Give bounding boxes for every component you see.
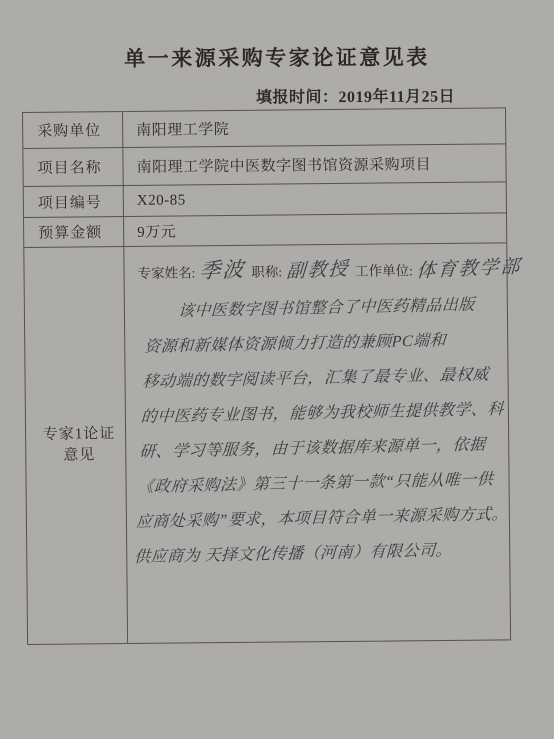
row-value-project-name: 南阳理工学院中医数字图书馆资源采购项目 xyxy=(123,144,505,185)
scanned-paper-background: 单一来源采购专家论证意见表 填报时间：2019年11月25日 采购单位 南阳理工… xyxy=(0,0,554,739)
row-label-project-number: 项目编号 xyxy=(24,186,124,217)
expert-opinion-handwritten-text: 该中医数字图书馆整合了中医药精品出版 资源和新媒体资源倾力打造的兼顾PC端和 移… xyxy=(133,287,519,575)
table-row-purchasing-unit: 采购单位 南阳理工学院 xyxy=(23,108,505,149)
expert-unit-handwritten: 体育教学部 xyxy=(416,251,523,283)
expert-unit-label: 工作单位: xyxy=(355,263,413,279)
row-value-budget-amount: 9万元 xyxy=(124,213,506,246)
procurement-form-table: 采购单位 南阳理工学院 项目名称 南阳理工学院中医数字图书馆资源采购项目 项目编… xyxy=(22,107,511,645)
table-row-expert-opinion: 专家1论证意见 专家姓名:季波职称:副教授工作单位:体育教学部 该中医数字图书馆… xyxy=(24,243,510,644)
expert-title-handwritten: 副教授 xyxy=(285,254,350,284)
table-row-project-number: 项目编号 X20-85 xyxy=(24,182,506,218)
expert-name-label: 专家姓名: xyxy=(137,265,195,281)
row-label-budget-amount: 预算金额 xyxy=(24,217,124,247)
expert-opinion-cell: 专家姓名:季波职称:副教授工作单位:体育教学部 该中医数字图书馆整合了中医药精品… xyxy=(124,243,535,643)
expert-name-handwritten: 季波 xyxy=(198,253,246,285)
row-value-project-number: X20-85 xyxy=(124,182,506,216)
report-date-value: 2019年11月25日 xyxy=(338,88,455,106)
row-label-purchasing-unit: 采购单位 xyxy=(23,112,123,148)
row-label-project-name: 项目名称 xyxy=(23,148,123,186)
document-title: 单一来源采购专家论证意见表 xyxy=(0,41,554,74)
report-date-line: 填报时间：2019年11月25日 xyxy=(256,83,455,107)
expert-opinion-row-label: 专家1论证意见 xyxy=(24,247,128,644)
report-date-label: 填报时间： xyxy=(256,89,339,106)
expert-header-line: 专家姓名:季波职称:副教授工作单位:体育教学部 xyxy=(137,248,528,285)
table-row-project-name: 项目名称 南阳理工学院中医数字图书馆资源采购项目 xyxy=(23,144,505,187)
table-row-budget-amount: 预算金额 9万元 xyxy=(24,213,506,248)
expert-title-label: 职称: xyxy=(251,265,282,280)
row-value-purchasing-unit: 南阳理工学院 xyxy=(123,108,505,147)
